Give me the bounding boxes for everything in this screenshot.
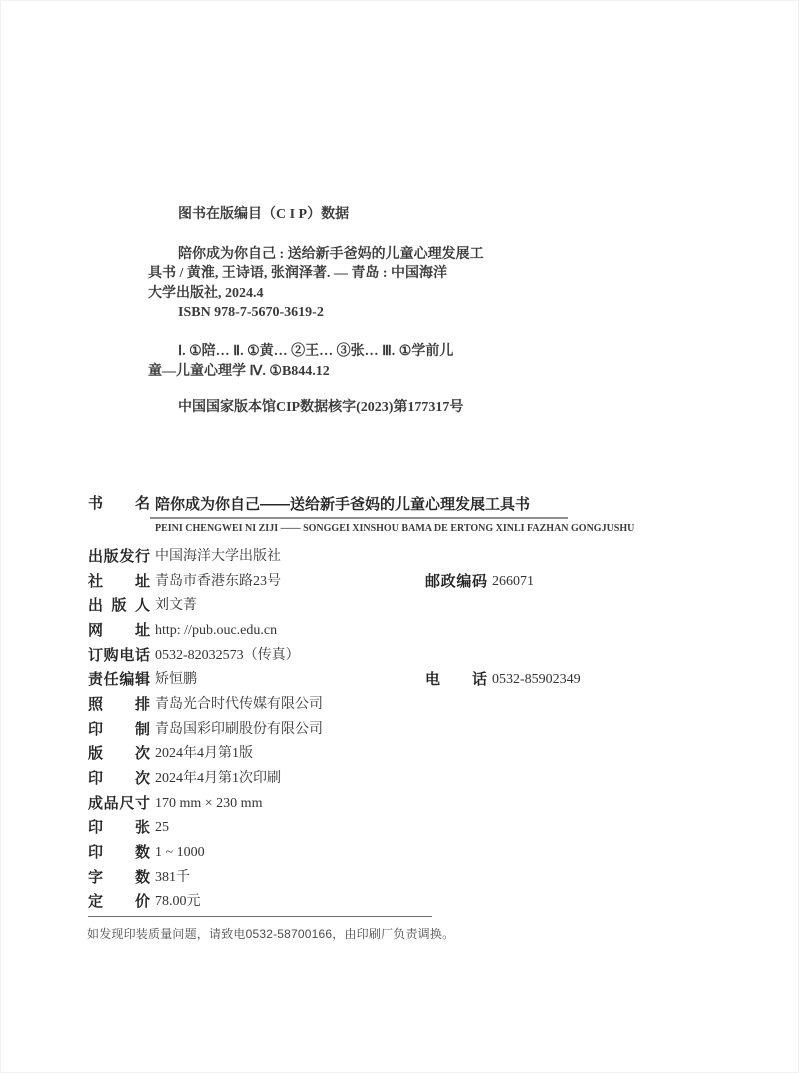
row-address-label: 社址: [88, 572, 150, 592]
row-edition-label: 版次: [88, 744, 150, 764]
row-trim-size: 成品尺寸170 mm × 230 mm: [88, 794, 728, 819]
book-title-block: 陪你成为你自己——送给新手爸妈的儿童心理发展工具书 PEINI CHENGWEI…: [150, 494, 634, 534]
title-underline: [150, 517, 568, 519]
cip-entry-line-1: 陪你成为你自己 : 送给新手爸妈的儿童心理发展工: [148, 245, 538, 265]
row-typesetting-label: 照排: [88, 695, 150, 715]
row-editor-value: 矫恒鹏: [155, 672, 197, 687]
row-price-value: 78.00元: [155, 894, 201, 909]
phone-pair: 电话0532-85902349: [425, 670, 581, 690]
postcode-value: 266071: [492, 574, 534, 589]
row-sheets: 印张25: [88, 818, 728, 843]
row-sheets-label: 印张: [88, 818, 150, 838]
phone-value: 0532-85902349: [492, 672, 581, 687]
row-impression-label: 印次: [88, 769, 150, 789]
row-order-phone-value: 0532-82032573（传真）: [155, 648, 300, 663]
row-publisher: 出版发行中国海洋大学出版社: [88, 547, 728, 572]
book-title-pinyin: PEINI CHENGWEI NI ZIJI —— SONGGEI XINSHO…: [155, 523, 634, 534]
row-printing: 印制青岛国彩印刷股份有限公司: [88, 720, 728, 745]
copyright-page: 图书在版编目（C I P）数据 陪你成为你自己 : 送给新手爸妈的儿童心理发展工…: [0, 0, 799, 1073]
row-impression-value: 2024年4月第1次印刷: [155, 771, 281, 786]
row-print-run: 印数1 ~ 1000: [88, 843, 728, 868]
row-price: 定价78.00元: [88, 892, 728, 917]
row-editor: 责任编辑矫恒鹏 电话0532-85902349: [88, 670, 728, 695]
quality-note: 如发现印装质量问题，请致电0532-58700166，由印刷厂负责调换。: [87, 926, 454, 942]
row-address: 社址青岛市香港东路23号 邮政编码266071: [88, 572, 728, 597]
book-title: 陪你成为你自己——送给新手爸妈的儿童心理发展工具书: [155, 494, 634, 515]
book-title-row: 书名 陪你成为你自己——送给新手爸妈的儿童心理发展工具书 PEINI CHENG…: [88, 494, 728, 534]
row-order-phone-label: 订购电话: [88, 646, 150, 666]
row-price-label: 定价: [88, 892, 150, 912]
cip-record-number: 中国国家版本馆CIP数据核字(2023)第177317号: [148, 398, 538, 418]
row-printing-value: 青岛国彩印刷股份有限公司: [155, 722, 323, 737]
colophon-rows: 出版发行中国海洋大学出版社 社址青岛市香港东路23号 邮政编码266071 出版…: [88, 547, 728, 917]
phone-label: 电话: [425, 670, 487, 690]
row-order-phone: 订购电话0532-82032573（传真）: [88, 646, 728, 671]
row-sheets-value: 25: [155, 820, 169, 835]
row-website: 网址http: //pub.ouc.edu.cn: [88, 621, 728, 646]
row-typesetting-value: 青岛光合时代传媒有限公司: [155, 697, 323, 712]
row-trim-size-label: 成品尺寸: [88, 794, 150, 814]
cip-entry-line-3: 大学出版社, 2024.4: [148, 284, 538, 304]
cip-block: 图书在版编目（C I P）数据 陪你成为你自己 : 送给新手爸妈的儿童心理发展工…: [148, 205, 538, 418]
row-print-run-label: 印数: [88, 843, 150, 863]
row-website-label: 网址: [88, 621, 150, 641]
row-publisher-label: 出版发行: [88, 547, 150, 567]
book-title-label: 书名: [88, 494, 150, 534]
row-impression: 印次2024年4月第1次印刷: [88, 769, 728, 794]
row-printing-label: 印制: [88, 720, 150, 740]
row-typesetting: 照排青岛光合时代传媒有限公司: [88, 695, 728, 720]
row-publisher-person: 出版人刘文菁: [88, 596, 728, 621]
row-word-count: 字数381千: [88, 868, 728, 893]
row-edition: 版次2024年4月第1版: [88, 744, 728, 769]
cip-entry-line-2: 具书 / 黄淮, 王诗语, 张润泽著. — 青岛 : 中国海洋: [148, 264, 538, 284]
row-edition-value: 2024年4月第1版: [155, 746, 253, 761]
colophon: 书名 陪你成为你自己——送给新手爸妈的儿童心理发展工具书 PEINI CHENG…: [88, 494, 728, 534]
row-website-value: http: //pub.ouc.edu.cn: [155, 623, 277, 638]
row-publisher-person-label: 出版人: [88, 596, 150, 616]
postcode-pair: 邮政编码266071: [425, 572, 534, 592]
row-word-count-label: 字数: [88, 868, 150, 888]
footer-divider: [88, 916, 432, 917]
row-address-value: 青岛市香港东路23号: [155, 574, 281, 589]
isbn-line: ISBN 978-7-5670-3619-2: [148, 303, 538, 323]
cip-header: 图书在版编目（C I P）数据: [148, 205, 538, 225]
row-print-run-value: 1 ~ 1000: [155, 845, 205, 860]
row-publisher-person-value: 刘文菁: [155, 598, 197, 613]
row-editor-label: 责任编辑: [88, 670, 150, 690]
row-trim-size-value: 170 mm × 230 mm: [155, 796, 262, 811]
cip-classification-line-1: Ⅰ. ①陪… Ⅱ. ①黄… ②王… ③张… Ⅲ. ①学前儿: [148, 342, 538, 362]
row-publisher-value: 中国海洋大学出版社: [155, 549, 281, 564]
postcode-label: 邮政编码: [425, 572, 487, 592]
cip-classification-line-2: 童—儿童心理学 Ⅳ. ①B844.12: [148, 362, 538, 382]
row-word-count-value: 381千: [155, 870, 190, 885]
